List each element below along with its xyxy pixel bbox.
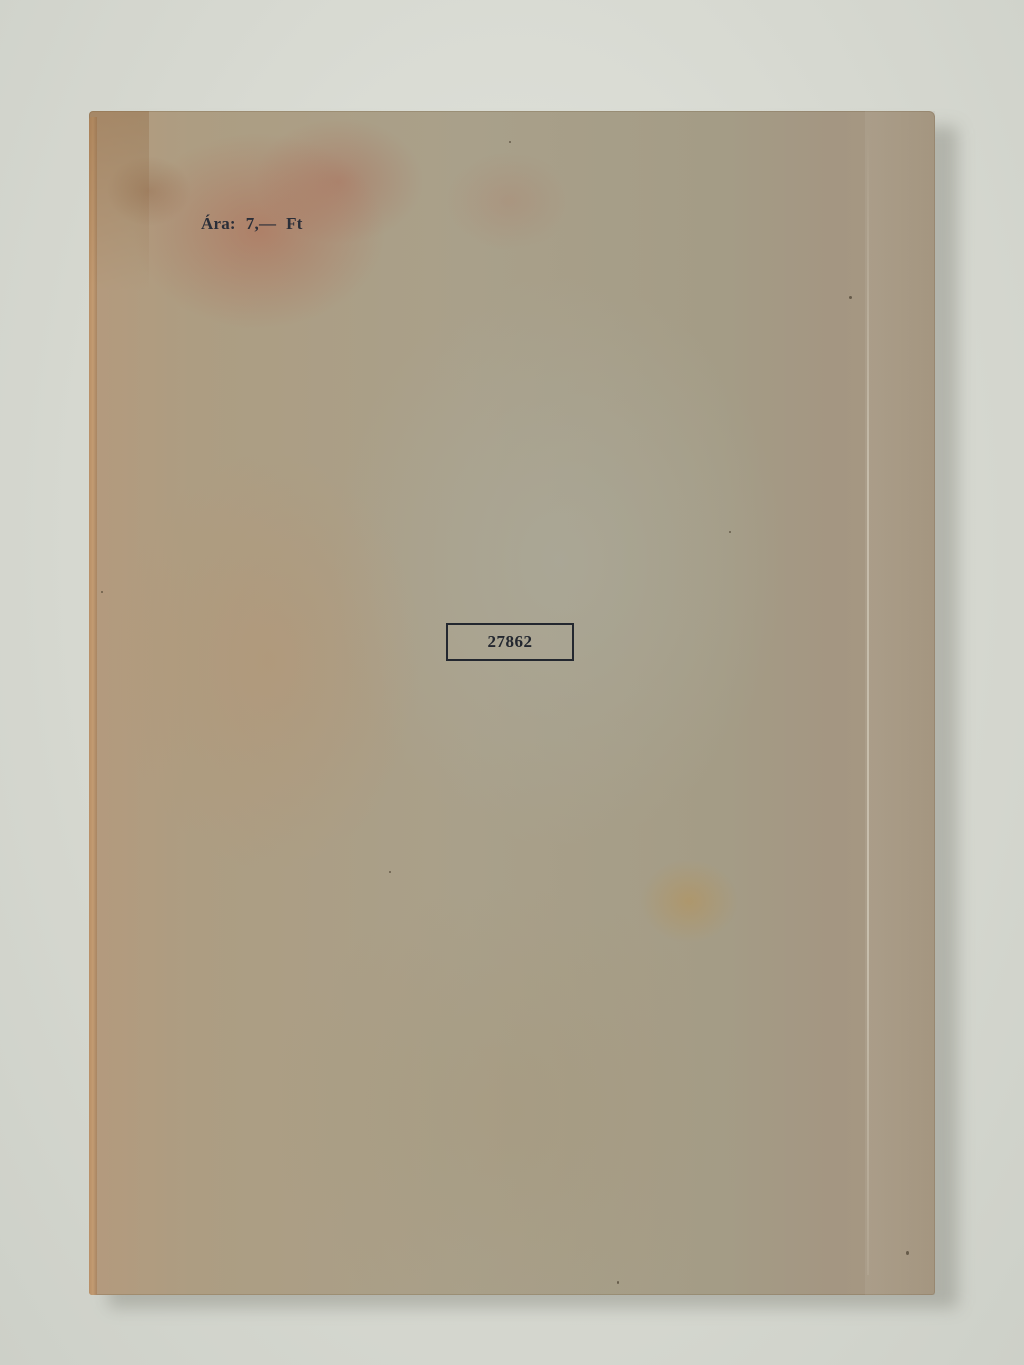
worn-corner — [89, 111, 149, 291]
paper-speck — [729, 531, 731, 533]
catalog-number-box: 27862 — [446, 623, 574, 661]
paper-speck — [101, 591, 103, 593]
paper-speck — [509, 141, 511, 143]
paper-speck — [389, 871, 391, 873]
paper-speck — [617, 1281, 619, 1284]
spine-fold-band — [865, 111, 935, 1295]
paper-speck — [849, 296, 852, 299]
price-currency: Ft — [286, 214, 302, 233]
hinge-crease — [867, 131, 869, 1275]
book-back-cover: Ára:7,—Ft 27862 — [89, 111, 935, 1295]
price-label: Ára:7,—Ft — [201, 214, 313, 234]
cover-left-edge — [89, 117, 97, 1295]
price-amount: 7,— — [246, 214, 276, 233]
paper-speck — [906, 1251, 909, 1255]
price-prefix: Ára: — [201, 214, 236, 233]
catalog-number: 27862 — [488, 632, 533, 652]
